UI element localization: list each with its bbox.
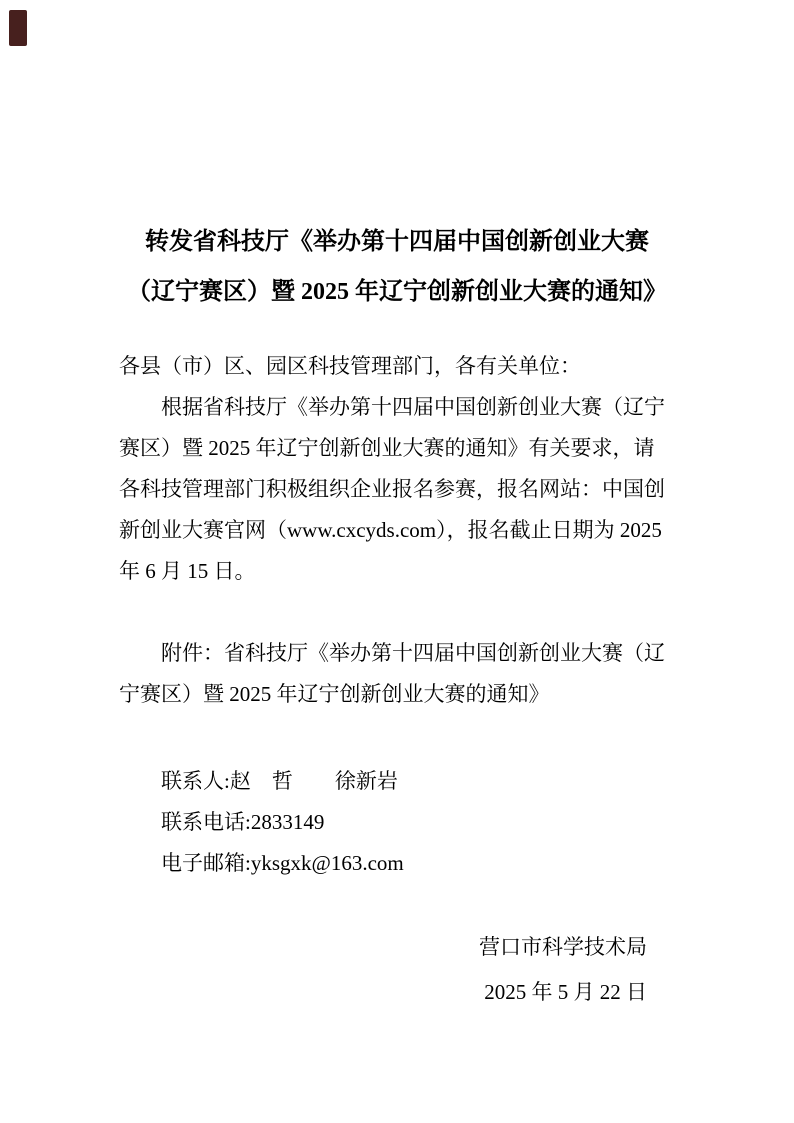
salutation: 各县（市）区、园区科技管理部门，各有关单位： — [119, 346, 675, 387]
signature-block: 营口市科学技术局 2025 年 5 月 22 日 — [119, 925, 675, 1015]
paragraph-line: 赛区）暨 2025 年辽宁创新创业大赛的通知》有关要求，请 — [119, 428, 675, 469]
paragraph-line: 根据省科技厅《举办第十四届中国创新创业大赛（辽宁 — [119, 387, 675, 428]
corner-scan-mark — [9, 10, 27, 46]
contact-phone: 联系电话:2833149 — [119, 802, 675, 843]
paragraph-line: 各科技管理部门积极组织企业报名参赛，报名网站：中国创 — [119, 469, 675, 510]
contact-block: 联系人:赵 哲 徐新岩 联系电话:2833149 电子邮箱:yksgxk@163… — [119, 761, 675, 884]
document-page: 转发省科技厅《举办第十四届中国创新创业大赛 （辽宁赛区）暨 2025 年辽宁创新… — [0, 0, 794, 1123]
notice-title: 转发省科技厅《举办第十四届中国创新创业大赛 （辽宁赛区）暨 2025 年辽宁创新… — [119, 217, 675, 317]
paragraph-line: 年 6 月 15 日。 — [119, 551, 675, 592]
signature-date: 2025 年 5 月 22 日 — [119, 970, 647, 1015]
body-paragraph: 根据省科技厅《举办第十四届中国创新创业大赛（辽宁 赛区）暨 2025 年辽宁创新… — [119, 387, 675, 592]
contact-person: 联系人:赵 哲 徐新岩 — [119, 761, 675, 802]
notice-title-line-2: （辽宁赛区）暨 2025 年辽宁创新创业大赛的通知》 — [119, 267, 675, 317]
signature-org: 营口市科学技术局 — [119, 925, 647, 970]
notice-title-line-1: 转发省科技厅《举办第十四届中国创新创业大赛 — [119, 217, 675, 267]
attachment-line: 宁赛区）暨 2025 年辽宁创新创业大赛的通知》 — [119, 674, 675, 715]
contact-email: 电子邮箱:yksgxk@163.com — [119, 843, 675, 884]
attachment-line: 附件：省科技厅《举办第十四届中国创新创业大赛（辽 — [119, 633, 675, 674]
paragraph-line: 新创业大赛官网（www.cxcyds.com），报名截止日期为 2025 — [119, 510, 675, 551]
attachment-note: 附件：省科技厅《举办第十四届中国创新创业大赛（辽 宁赛区）暨 2025 年辽宁创… — [119, 633, 675, 715]
